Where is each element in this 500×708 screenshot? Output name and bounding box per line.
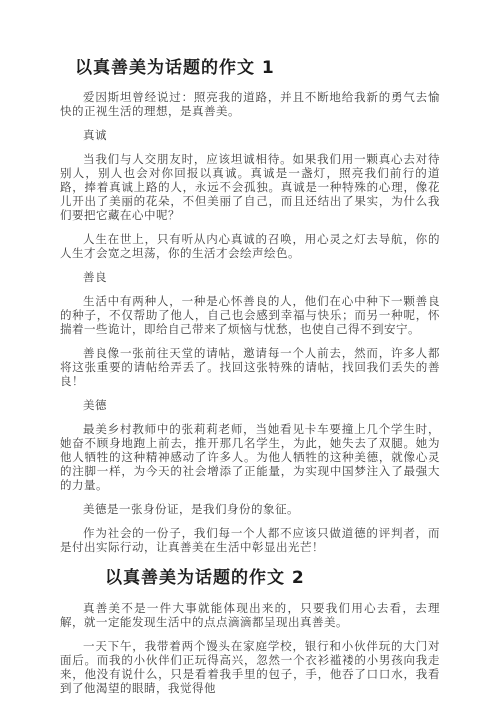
paragraph-einstein-quote: 爱因斯坦曾经说过：照亮我的道路，并且不断地给我新的勇气去愉快的正视生活的理想，是… [60,90,440,118]
paragraph-kindness-1: 生活中有两种人，一种是心怀善良的人，他们在心中种下一颗善良的种子，不仅帮助了他人… [60,294,440,336]
document-page: 以真善美为话题的作文 1 爱因斯坦曾经说过：照亮我的道路，并且不断地给我新的勇气… [0,0,500,708]
essay-1-title: 以真善美为话题的作文 1 [75,58,440,79]
paragraph-essay2-intro: 真善美不是一件大事就能体现出来的，只要我们用心去看，去理解，就一定能发现生活中的… [60,601,440,629]
paragraph-sincerity-1: 当我们与人交朋友时，应该坦诚相待。如果我们用一颗真心去对待别人，别人也会对你回报… [60,152,440,222]
paragraph-conclusion: 作为社会的一份子，我们每一个人都不应该只做道德的评判者，而是付出实际行动，让真善… [60,526,440,554]
essay-2: 以真善美为话题的作文 2 真善美不是一件大事就能体现出来的，只要我们用心去看，去… [60,568,440,695]
section-heading-sincerity: 真诚 [60,128,440,142]
essay-2-title: 以真善美为话题的作文 2 [105,568,440,589]
section-heading-kindness: 善良 [60,270,440,284]
paragraph-sincerity-2: 人生在世上，只有听从内心真诚的召唤，用心灵之灯去导航，你的人生才会宽之坦荡，你的… [60,232,440,260]
paragraph-virtue-2: 美德是一张身份证，是我们身份的象征。 [60,502,440,516]
paragraph-essay2-story: 一天下午，我带着两个馒头在家庭学校，银行和小伙伴玩的大门对面后。而我的小伙伴们正… [60,639,440,695]
paragraph-virtue-1: 最美乡村教师中的张莉莉老师，当她看见卡车要撞上几个学生时，她奋不顾身地跑上前去，… [60,422,440,492]
paragraph-kindness-2: 善良像一张前往天堂的请帖，邀请每一个人前去，然而，许多人都将这张重要的请帖给弄丢… [60,346,440,388]
section-heading-virtue: 美德 [60,398,440,412]
essay-1: 以真善美为话题的作文 1 爱因斯坦曾经说过：照亮我的道路，并且不断地给我新的勇气… [60,58,440,554]
